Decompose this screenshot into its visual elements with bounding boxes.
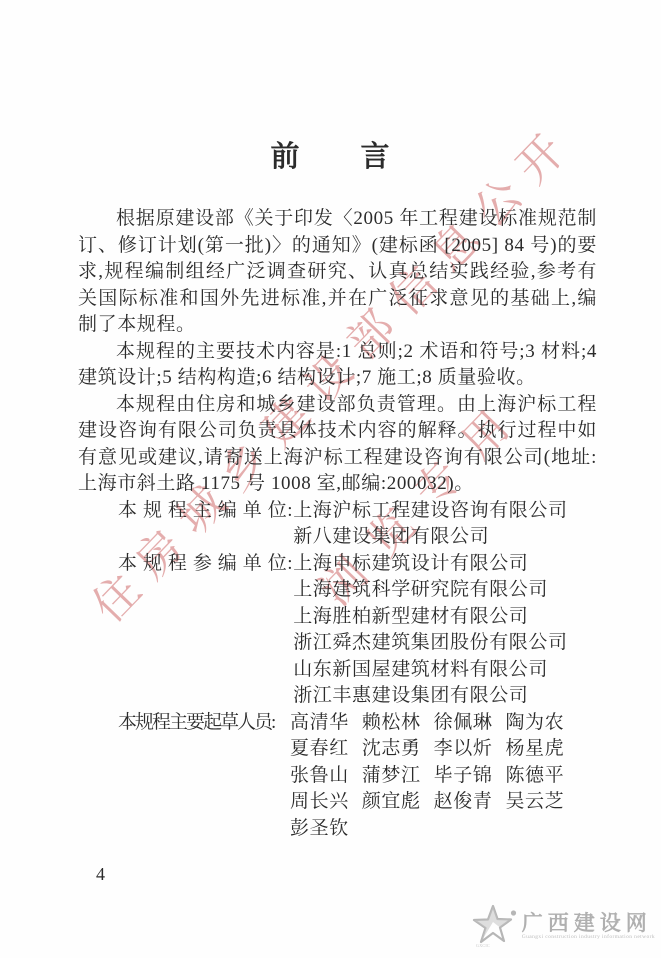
unit-item: 浙江丰惠建设集团有限公司 [293, 683, 597, 710]
document-page: 住房城乡建设部信息公开 浏览专用 前 言 根据原建设部《关于印发〈2005 年工… [0, 0, 661, 958]
paragraph-contents: 本规程的主要技术内容是:1 总则;2 术语和符号;3 材料;4 建筑设计;5 结… [78, 339, 597, 392]
unit-item: 上海建筑科学研究院有限公司 [293, 577, 597, 604]
unit-item: 上海沪标工程建设咨询有限公司 [293, 498, 597, 525]
page-title: 前 言 [0, 134, 661, 175]
site-name: 广西建设网 [522, 912, 652, 934]
unit-item: 浙江舜杰建筑集团股份有限公司 [293, 630, 597, 657]
drafter-name: 吴云芝 [505, 789, 564, 816]
document-body: 根据原建设部《关于印发〈2005 年工程建设标准规范制订、修订计划(第一批)〉的… [78, 206, 597, 842]
star-icon: GXCIC [468, 904, 518, 948]
chief-editor-units: 上海沪标工程建设咨询有限公司新八建设集团有限公司 [293, 498, 597, 551]
drafter-name: 彭圣钦 [290, 816, 349, 843]
drafter-name: 赖松林 [362, 710, 421, 737]
chief-editor-row: 本 规 程 主 编 单 位: 上海沪标工程建设咨询有限公司新八建设集团有限公司 [78, 498, 597, 551]
drafters-row: 本规程主要起草人员: 高清华赖松林徐佩琳陶为农夏春红沈志勇李以炘杨星虎张鲁山蒲梦… [78, 710, 597, 843]
participating-editor-row: 本 规 程 参 编 单 位: 上海申标建筑设计有限公司上海建筑科学研究院有限公司… [78, 551, 597, 710]
chief-editor-label: 本 规 程 主 编 单 位: [118, 498, 293, 525]
participating-editor-label: 本 规 程 参 编 单 位: [118, 551, 293, 578]
svg-text:GXCIC: GXCIC [476, 943, 490, 948]
site-tagline: Guangxi construction industry informatio… [522, 934, 655, 941]
drafter-name: 赵俊青 [434, 789, 493, 816]
unit-item: 上海申标建筑设计有限公司 [293, 551, 597, 578]
unit-item: 新八建设集团有限公司 [293, 524, 597, 551]
drafter-name: 杨星虎 [505, 736, 564, 763]
drafter-name: 李以炘 [434, 736, 493, 763]
page-number: 4 [96, 864, 105, 885]
participating-editor-units: 上海申标建筑设计有限公司上海建筑科学研究院有限公司上海胜柏新型建材有限公司浙江舜… [293, 551, 597, 710]
paragraph-management: 本规程由住房和城乡建设部负责管理。由上海沪标工程建设咨询有限公司负责具体技术内容… [78, 392, 597, 498]
drafter-name: 蒲梦江 [362, 763, 421, 790]
drafter-name: 陈德平 [505, 763, 564, 790]
drafter-name: 张鲁山 [290, 763, 349, 790]
drafter-names-row: 夏春红沈志勇李以炘杨星虎 [290, 736, 597, 763]
drafter-name: 陶为农 [505, 710, 564, 737]
drafter-name: 周长兴 [290, 789, 349, 816]
drafter-names-row: 张鲁山蒲梦江毕子锦陈德平 [290, 763, 597, 790]
paragraph-basis: 根据原建设部《关于印发〈2005 年工程建设标准规范制订、修订计划(第一批)〉的… [78, 206, 597, 339]
drafter-names-row: 周长兴颜宜彪赵俊青吴云芝 [290, 789, 597, 816]
drafter-name: 沈志勇 [362, 736, 421, 763]
drafter-name: 颜宜彪 [362, 789, 421, 816]
site-logo: GXCIC 广西建设网 Guangxi construction industr… [468, 904, 655, 948]
drafter-name: 夏春红 [290, 736, 349, 763]
unit-item: 上海胜柏新型建材有限公司 [293, 604, 597, 631]
drafter-name: 毕子锦 [434, 763, 493, 790]
drafter-name: 徐佩琳 [434, 710, 493, 737]
drafters-names: 高清华赖松林徐佩琳陶为农夏春红沈志勇李以炘杨星虎张鲁山蒲梦江毕子锦陈德平周长兴颜… [290, 710, 597, 843]
drafter-name: 高清华 [290, 710, 349, 737]
unit-item: 山东新国屋建筑材料有限公司 [293, 657, 597, 684]
drafter-names-row: 高清华赖松林徐佩琳陶为农 [290, 710, 597, 737]
drafters-label: 本规程主要起草人员: [118, 710, 290, 737]
drafter-names-row: 彭圣钦 [290, 816, 597, 843]
